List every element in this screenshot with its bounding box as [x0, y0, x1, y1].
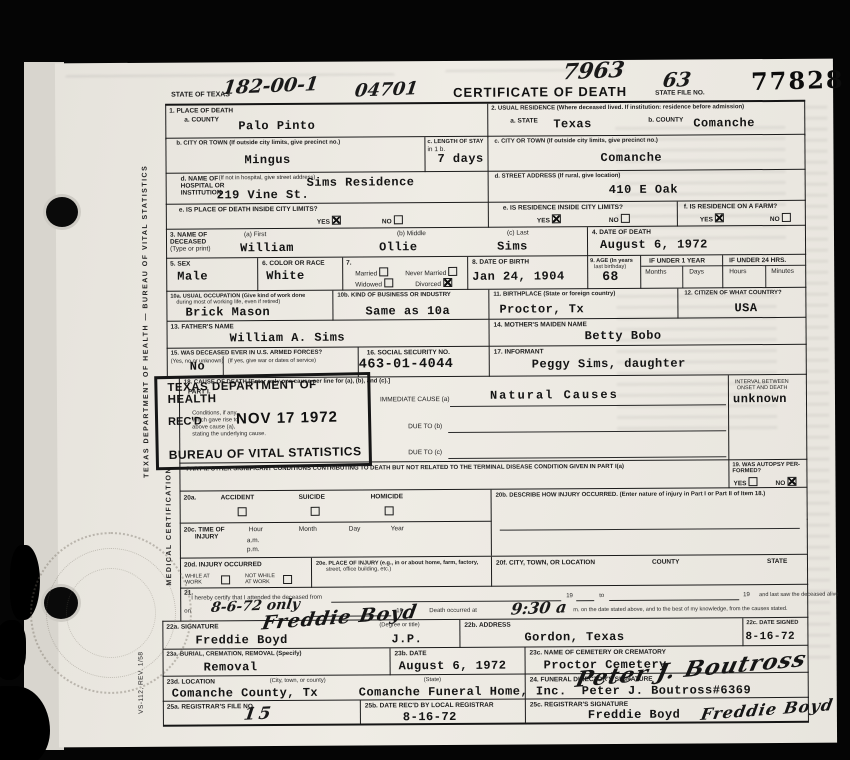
hospital-value-2: 219 Vine St.	[217, 189, 310, 203]
street-address-label: d. STREET ADDRESS (If rural, give locati…	[495, 173, 621, 181]
25a-label: 25a. REGISTRAR'S FILE NO.	[167, 703, 255, 711]
received-stamp: TEXAS DEPARTMENT OF HEALTH REC'D NOV 17 …	[154, 372, 372, 470]
residence-county-label: b. COUNTY	[648, 117, 683, 125]
widowed-checkbox	[384, 278, 393, 287]
margin-dept-text: TEXAS DEPARTMENT OF HEALTH — BUREAU OF V…	[141, 121, 150, 521]
day-label: Day	[349, 526, 361, 534]
date-of-death-label: 4. DATE OF DEATH	[592, 229, 651, 237]
farm-no: NO	[770, 213, 791, 224]
death-time-handwritten: 9:30 a	[510, 597, 568, 618]
20e-label2: street, office building, etc.)	[326, 566, 391, 573]
certify-19-2: 19	[743, 592, 750, 599]
length-of-stay-value: 7 days	[437, 153, 483, 166]
informant-value: Peggy Sims, daughter	[532, 358, 686, 372]
row-12: 20a. ACCIDENT SUICIDE HOMICIDE 20b. DESC…	[180, 487, 808, 524]
first-name-value: William	[240, 242, 294, 256]
no-checkbox-checked	[787, 477, 796, 486]
city-town-label: b. CITY OR TOWN (If outside city limits,…	[176, 140, 340, 148]
23d-sub1: (City, town, or county)	[270, 678, 326, 685]
ssn-label: 16. SOCIAL SECURITY NO.	[367, 349, 450, 357]
place-of-death-label: 1. PLACE OF DEATH	[169, 107, 233, 115]
industry-value: Same as 10a	[365, 305, 450, 319]
residence-city-limits-no: NO	[609, 214, 630, 225]
certify-text-3: m. on the date stated above, and to the …	[573, 606, 787, 614]
date-of-death-value: August 6, 1972	[600, 238, 708, 252]
while-at-work-checkbox	[221, 575, 230, 584]
row-13: 20c. TIME OF INJURY Hour a.m. p.m. Month…	[180, 519, 808, 558]
armed-forces-sub2: (If yes, give war or dates of service)	[228, 358, 316, 365]
county-value: Palo Pinto	[238, 120, 315, 134]
residence-city-value: Comanche	[600, 152, 662, 166]
death-city-limits-no: NO	[382, 215, 403, 226]
yes-checkbox-checked	[552, 214, 561, 223]
year-label: Year	[391, 525, 404, 533]
yes-checkbox-checked	[715, 213, 724, 222]
20c-label2: INJURY	[195, 533, 219, 541]
residence-city-label: c. CITY OR TOWN (If outside city limits,…	[494, 138, 658, 146]
burial-value: Removal	[204, 661, 258, 675]
age-value: 68	[602, 270, 619, 284]
address-value: Gordon, Texas	[524, 631, 624, 645]
20b-label: 20b. DESCRIBE HOW INJURY OCCURRED. (Ente…	[496, 491, 766, 500]
married-checkbox	[379, 267, 388, 276]
22b-label: 22b. ADDRESS	[464, 622, 510, 630]
city-town-value: Mingus	[244, 154, 290, 167]
stamp-date: NOV 17 1972	[236, 410, 338, 427]
death-city-limits-label: e. IS PLACE OF DEATH INSIDE CITY LIMITS?	[179, 206, 318, 215]
ssn-value: 463-01-4044	[359, 358, 454, 373]
occupation-value: Brick Mason	[185, 306, 270, 320]
hospital-value-1: Sims Residence	[307, 176, 415, 190]
certify-to: to	[599, 593, 604, 600]
county-label: a. COUNTY	[184, 116, 219, 124]
not-while-label2: AT WORK	[245, 579, 270, 586]
certificate-form: 1. PLACE OF DEATH a. COUNTY Palo Pinto 2…	[165, 100, 807, 724]
handwritten-63: 63	[661, 67, 692, 92]
death-occurred-label: Death occurred at	[429, 608, 477, 615]
father-value: William A. Sims	[230, 332, 346, 346]
while-at-work-label2: WORK	[185, 579, 202, 586]
never-married-option: Never Married	[405, 267, 457, 278]
name-deceased-label3: (Type or print)	[170, 245, 211, 253]
middle-name-label: (b) Middle	[397, 230, 426, 238]
homicide-label: HOMICIDE	[371, 493, 404, 501]
never-married-checkbox	[448, 267, 457, 276]
state-file-number-stamp: 77828	[751, 68, 845, 94]
married-option: Married	[355, 267, 388, 278]
divorced-option: Divorced	[415, 278, 452, 289]
widowed-option: Widowed	[355, 278, 393, 289]
interval-value: unknown	[733, 393, 787, 407]
residence-county-value: Comanche	[693, 117, 755, 131]
dob-label: 8. DATE OF BIRTH	[472, 258, 529, 266]
stamp-line3: BUREAU OF VITAL STATISTICS	[169, 445, 362, 461]
stamp-recd: REC'D	[168, 416, 202, 428]
race-label: 6. COLOR OR RACE	[262, 260, 325, 268]
registrar-file-no-value: 15	[242, 704, 275, 725]
birthplace-value: Proctor, Tx	[499, 303, 584, 317]
22c-label: 22c. DATE SIGNED	[746, 620, 798, 627]
stamp-line1: TEXAS DEPARTMENT OF HEALTH	[167, 379, 367, 406]
father-label: 13. FATHER'S NAME	[171, 323, 234, 331]
no-checkbox	[621, 214, 630, 223]
burial-date-value: August 6, 1972	[399, 660, 507, 674]
state-column-label: STATE	[767, 558, 787, 566]
mother-label: 14. MOTHER'S MAIDEN NAME	[494, 321, 587, 329]
row-19: 25a. REGISTRAR'S FILE NO. 15 25b. DATE R…	[163, 697, 809, 727]
sex-value: Male	[177, 270, 208, 283]
months-label: Months	[645, 269, 666, 277]
yes-checkbox	[748, 477, 757, 486]
handwritten-certificate-number: 04701	[353, 78, 419, 102]
days-label: Days	[689, 268, 704, 276]
due-to-b-label: DUE TO (b)	[408, 423, 442, 431]
date-signed-value: 8-16-72	[745, 631, 795, 643]
certifier-name-typed: Freddie Boyd	[195, 634, 288, 648]
23a-label: 23a. BURIAL, CREMATION, REMOVAL (Specify…	[167, 651, 302, 659]
homicide-checkbox	[385, 506, 394, 515]
20f-label: 20f. CITY, TOWN, OR LOCATION	[496, 559, 595, 567]
residence-city-limits-label: e. IS RESIDENCE INSIDE CITY LIMITS?	[503, 204, 623, 213]
race-value: White	[266, 270, 305, 283]
street-address-value: 410 E Oak	[609, 184, 678, 198]
first-name-label: (a) First	[244, 231, 266, 239]
hour-label: Hour	[249, 526, 263, 534]
registrar-signature-script: Freddie Boyd	[699, 695, 835, 724]
residence-state-label: a. STATE	[510, 117, 538, 125]
23b-label: 23b. DATE	[395, 650, 427, 658]
part2-label: PART II. OTHER SIGNIFICANT CONDITIONS CO…	[186, 463, 721, 473]
sex-label: 5. SEX	[170, 261, 190, 269]
interval-label2: ONSET AND DEATH	[737, 385, 787, 392]
mother-value: Betty Bobo	[585, 330, 662, 344]
handwritten-registration-number: 182-00-1	[221, 73, 320, 99]
farm-yes: YES	[700, 213, 724, 224]
pm-label: p.m.	[247, 546, 260, 554]
23d-sub2: (State)	[424, 677, 441, 684]
suicide-checkbox	[311, 507, 320, 516]
scan-ink-blob	[0, 620, 26, 680]
armed-forces-value: No	[190, 360, 205, 373]
row-2: b. CITY OR TOWN (If outside city limits,…	[165, 134, 805, 174]
am-label: a.m.	[247, 537, 260, 545]
degree-label: (Degree or title)	[379, 622, 419, 629]
hole-punch	[46, 197, 78, 227]
no-checkbox	[782, 213, 791, 222]
hospital-label-3: INSTITUTION	[181, 189, 222, 197]
certificate-title: CERTIFICATE OF DEATH	[453, 85, 627, 99]
row-3: d. NAME OF (If not in hospital, give str…	[166, 169, 806, 205]
last-name-label: (c) Last	[507, 229, 529, 237]
autopsy-label2: FORMED?	[732, 468, 761, 475]
no-checkbox	[394, 215, 403, 224]
scanned-death-certificate: { "header": { "state_label": "STATE OF T…	[0, 0, 850, 760]
immediate-cause-label: IMMEDIATE CAUSE (a)	[380, 396, 450, 404]
23d-label: 23d. LOCATION	[167, 678, 215, 686]
handwritten-7963: 7963	[561, 57, 626, 86]
not-while-at-work-checkbox	[283, 575, 292, 584]
yes-checkbox-checked	[332, 216, 341, 225]
length-of-stay-label: c. LENGTH OF STAY	[427, 139, 483, 146]
last-name-value: Sims	[497, 240, 528, 253]
certify-text-2: and last saw the deceased alive	[759, 592, 838, 599]
industry-label: 10b. KIND OF BUSINESS OR INDUSTRY	[337, 292, 451, 300]
due-to-c-label: DUE TO (c)	[408, 449, 442, 457]
farm-label: f. IS RESIDENCE ON A FARM?	[684, 203, 777, 211]
citizen-value: USA	[734, 302, 757, 315]
citizen-label: 12. CITIZEN OF WHAT COUNTRY?	[684, 290, 781, 298]
birthplace-label: 11. BIRTHPLACE (State or foreign country…	[493, 291, 615, 299]
degree-value: J.P.	[391, 633, 422, 646]
state-file-no-label: STATE FILE NO.	[655, 90, 705, 97]
20a-label: 20a.	[184, 495, 197, 503]
county-column-label: COUNTY	[652, 559, 680, 567]
month-label: Month	[299, 526, 317, 534]
20d-label: 20d. INJURY OCCURRED	[184, 561, 262, 569]
residence-state-value: Texas	[553, 118, 592, 131]
date-recd-value: 8-16-72	[403, 711, 457, 725]
death-city-limits-yes: YES	[317, 216, 341, 227]
informant-label: 17. INFORMANT	[494, 348, 544, 356]
row-6: 5. SEX Male 6. COLOR OR RACE White 7. Ma…	[166, 254, 806, 292]
25b-label: 25b. DATE REC'D BY LOCAL REGISTRAR	[365, 702, 494, 711]
armed-forces-label: 15. WAS DECEASED EVER IN U.S. ARMED FORC…	[171, 350, 323, 358]
23c-label: 23c. NAME OF CEMETERY OR CREMATORY	[530, 649, 666, 658]
accident-checkbox	[238, 507, 247, 516]
hours-label: Hours	[729, 268, 746, 276]
residence-city-limits-yes: YES	[537, 214, 561, 225]
injury-blank-line	[500, 527, 800, 531]
hospital-label-sub: (If not in hospital, give street address…	[219, 175, 316, 183]
location-value: Comanche County, Tx	[172, 687, 318, 701]
minutes-label: Minutes	[771, 268, 794, 276]
ghost-handwriting	[65, 63, 395, 77]
middle-name-value: Ollie	[379, 241, 418, 254]
registrar-typed: Freddie Boyd	[588, 709, 681, 723]
embossed-notary-seal	[30, 532, 192, 694]
suicide-label: SUICIDE	[299, 494, 325, 502]
dob-value: Jan 24, 1904	[472, 270, 565, 284]
usual-residence-label: 2. USUAL RESIDENCE (Where deceased lived…	[491, 104, 744, 113]
marital-num: 7.	[346, 260, 351, 268]
divorced-checkbox-checked	[443, 278, 452, 287]
immediate-cause-value: Natural Causes	[490, 389, 619, 403]
accident-label: ACCIDENT	[221, 494, 255, 502]
